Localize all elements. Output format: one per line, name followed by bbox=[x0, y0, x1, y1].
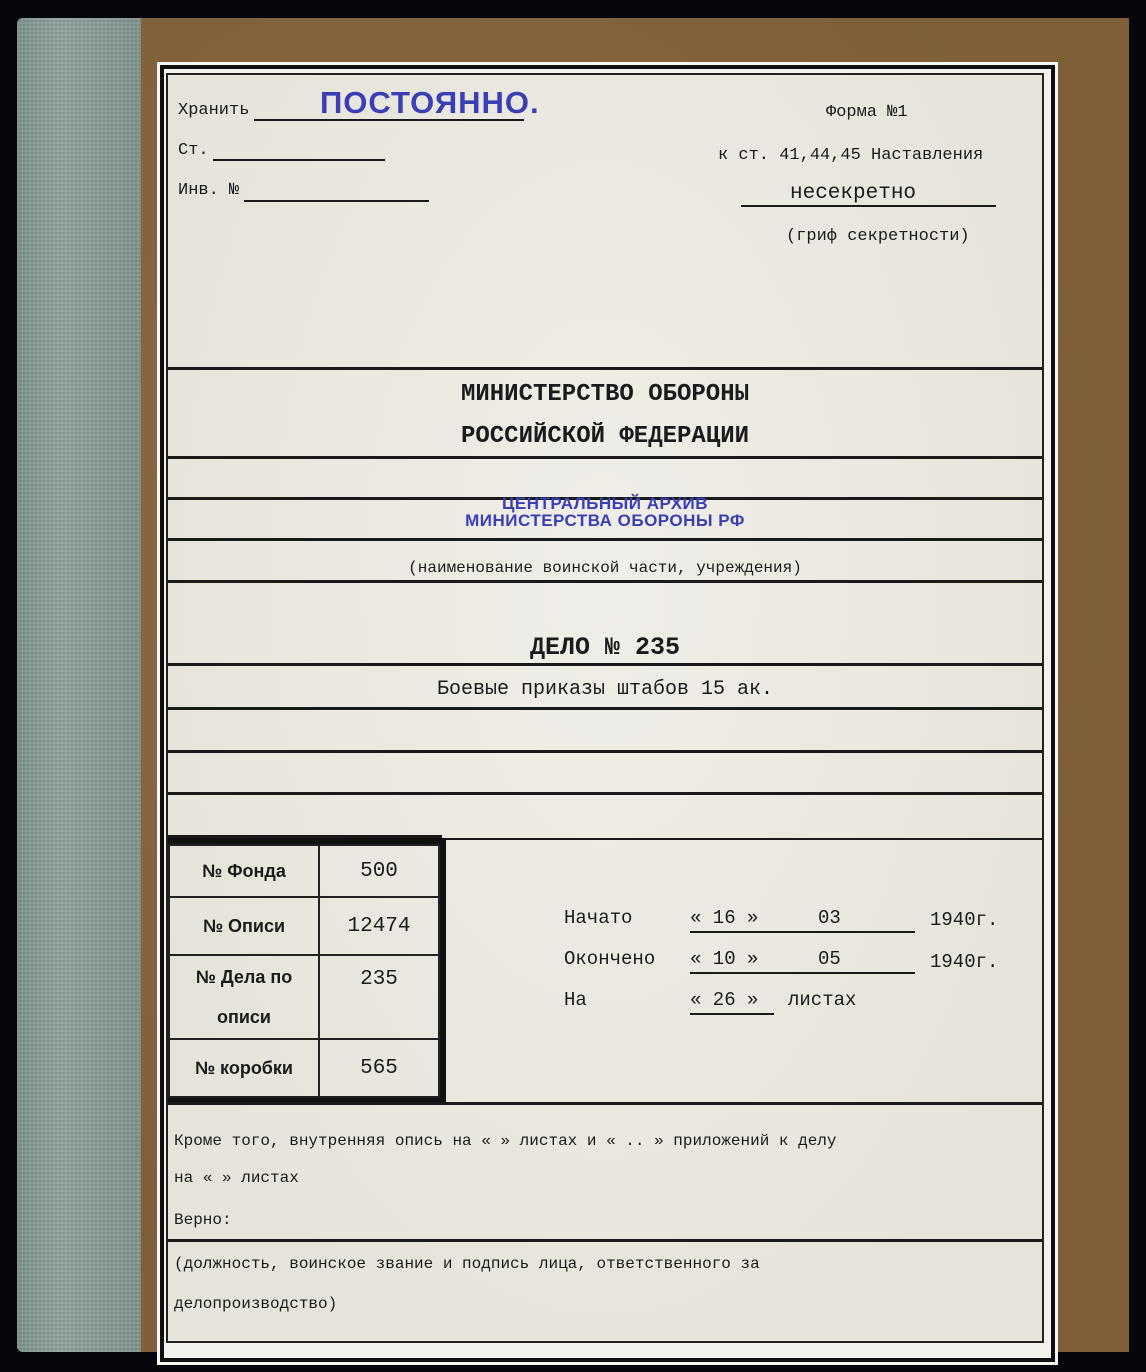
fond-label: № Фонда bbox=[169, 845, 319, 897]
unit-caption: (наименование воинской части, учреждения… bbox=[168, 559, 1042, 577]
sheets-value: « 26 » bbox=[690, 989, 758, 1011]
sheets-line: на « » листах bbox=[174, 1169, 299, 1187]
box-value: 565 bbox=[319, 1039, 439, 1097]
form-number: Форма №1 bbox=[826, 103, 908, 122]
sheets-suffix: листах bbox=[788, 989, 856, 1011]
signature-caption-1: (должность, воинское звание и подпись ли… bbox=[174, 1255, 760, 1273]
table-row: № Описи 12474 bbox=[169, 897, 439, 955]
ended-underline bbox=[690, 972, 915, 974]
keep-label: Хранить bbox=[178, 101, 249, 120]
row-rule bbox=[168, 1239, 1042, 1242]
opis-value: 12474 bbox=[319, 897, 439, 955]
table-row: № Фонда 500 bbox=[169, 845, 439, 897]
classification-caption: (гриф секретности) bbox=[786, 227, 970, 246]
inventory-line: Кроме того, внутренняя опись на « » лист… bbox=[174, 1132, 837, 1150]
cover-label: Хранить ПОСТОЯННО. Форма №1 Ст. к ст. 41… bbox=[166, 73, 1044, 1343]
ended-day: « 10 » bbox=[690, 948, 758, 970]
box-label: № коробки bbox=[169, 1039, 319, 1097]
ended-month: 05 bbox=[818, 948, 841, 970]
delo-label: № Дела по описи bbox=[169, 955, 319, 1039]
opis-label: № Описи bbox=[169, 897, 319, 955]
inv-underline bbox=[244, 200, 429, 202]
row-rule bbox=[168, 580, 1042, 583]
classification-value: несекретно bbox=[790, 182, 916, 205]
started-label: Начато bbox=[564, 907, 632, 929]
row-rule bbox=[168, 792, 1042, 795]
case-description: Боевые приказы штабов 15 ак. bbox=[168, 678, 1042, 701]
delo-value: 235 bbox=[319, 955, 439, 1039]
classification-underline bbox=[741, 205, 996, 207]
started-month: 03 bbox=[818, 907, 841, 929]
fond-value: 500 bbox=[319, 845, 439, 897]
sheets-underline bbox=[690, 1013, 774, 1015]
sheets-label: На bbox=[564, 989, 587, 1011]
archive-codes-table: № Фонда 500 № Описи 12474 № Дела по опис… bbox=[168, 838, 446, 1102]
verified-label: Верно: bbox=[174, 1211, 232, 1229]
row-rule bbox=[168, 456, 1042, 459]
row-rule bbox=[168, 1102, 1042, 1105]
table-row: № Дела по описи 235 bbox=[169, 955, 439, 1039]
archive-stamp-line-2: МИНИСТЕРСТВА ОБОРОНЫ РФ bbox=[168, 511, 1042, 531]
started-underline bbox=[690, 931, 915, 933]
ended-label: Окончено bbox=[564, 948, 655, 970]
signature-caption-2: делопроизводство) bbox=[174, 1295, 337, 1313]
case-title: ДЕЛО № 235 bbox=[168, 633, 1042, 662]
started-day: « 16 » bbox=[690, 907, 758, 929]
st-underline bbox=[213, 159, 385, 161]
regulation-reference: к ст. 41,44,45 Наставления bbox=[718, 146, 983, 165]
inv-label: Инв. № bbox=[178, 181, 239, 200]
keep-stamp: ПОСТОЯННО. bbox=[320, 85, 540, 121]
row-rule bbox=[446, 838, 1042, 840]
row-rule bbox=[168, 707, 1042, 710]
ministry-line-1: МИНИСТЕРСТВО ОБОРОНЫ bbox=[168, 381, 1042, 408]
ministry-line-2: РОССИЙСКОЙ ФЕДЕРАЦИИ bbox=[168, 423, 1042, 450]
folder-spine bbox=[17, 18, 141, 1352]
row-rule bbox=[168, 750, 1042, 753]
st-label: Ст. bbox=[178, 141, 209, 160]
ended-year: 1940г. bbox=[930, 951, 998, 973]
started-year: 1940г. bbox=[930, 909, 998, 931]
row-rule bbox=[168, 367, 1042, 370]
row-rule bbox=[168, 538, 1042, 541]
table-row: № коробки 565 bbox=[169, 1039, 439, 1097]
row-rule bbox=[168, 663, 1042, 666]
